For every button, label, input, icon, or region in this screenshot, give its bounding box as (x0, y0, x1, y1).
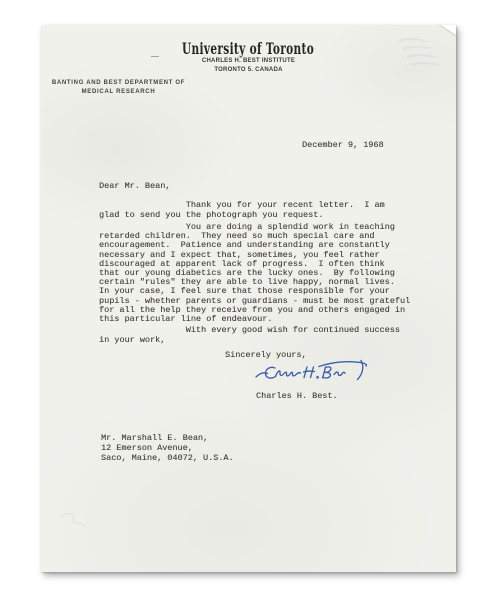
scanned-letter-page: { "colors":{ "paper":"#f1f1ec", "typewri… (0, 0, 500, 600)
letter-date: December 9, 1968 (302, 140, 384, 150)
department-line-2: MEDICAL RESEARCH (51, 88, 186, 97)
paragraph-2: You are doing a splendid work in teachin… (99, 223, 410, 324)
pencil-dash-mark (151, 56, 159, 57)
text-line: glad to send you the photograph you requ… (99, 211, 385, 221)
faint-pencil-scribble (391, 33, 449, 77)
handwritten-signature (253, 357, 377, 389)
corner-fold (441, 25, 456, 35)
letter-paper: University of Toronto CHARLES H. BEST IN… (41, 25, 456, 572)
text-line: in your work, (99, 336, 400, 346)
department-line-1: BANTING AND BEST DEPARTMENT OF (51, 79, 186, 88)
letterhead-department: BANTING AND BEST DEPARTMENT OF MEDICAL R… (51, 79, 186, 97)
paragraph-3: With every good wish for continued succe… (99, 326, 400, 345)
paragraph-1: Thank you for your recent letter. I amgl… (99, 201, 385, 220)
text-line: Saco, Maine, 04072, U.S.A. (101, 454, 234, 464)
salutation: Dear Mr. Bean, (99, 182, 170, 192)
text-line: this particular line of endeavour. (99, 315, 410, 324)
typed-signature-name: Charles H. Best. (256, 391, 338, 401)
letterhead-university-text: University of Toronto (182, 39, 314, 58)
faint-pencil-smudge (55, 505, 95, 535)
recipient-address: Mr. Marshall E. Bean,12 Emerson Avenue,S… (101, 434, 234, 464)
